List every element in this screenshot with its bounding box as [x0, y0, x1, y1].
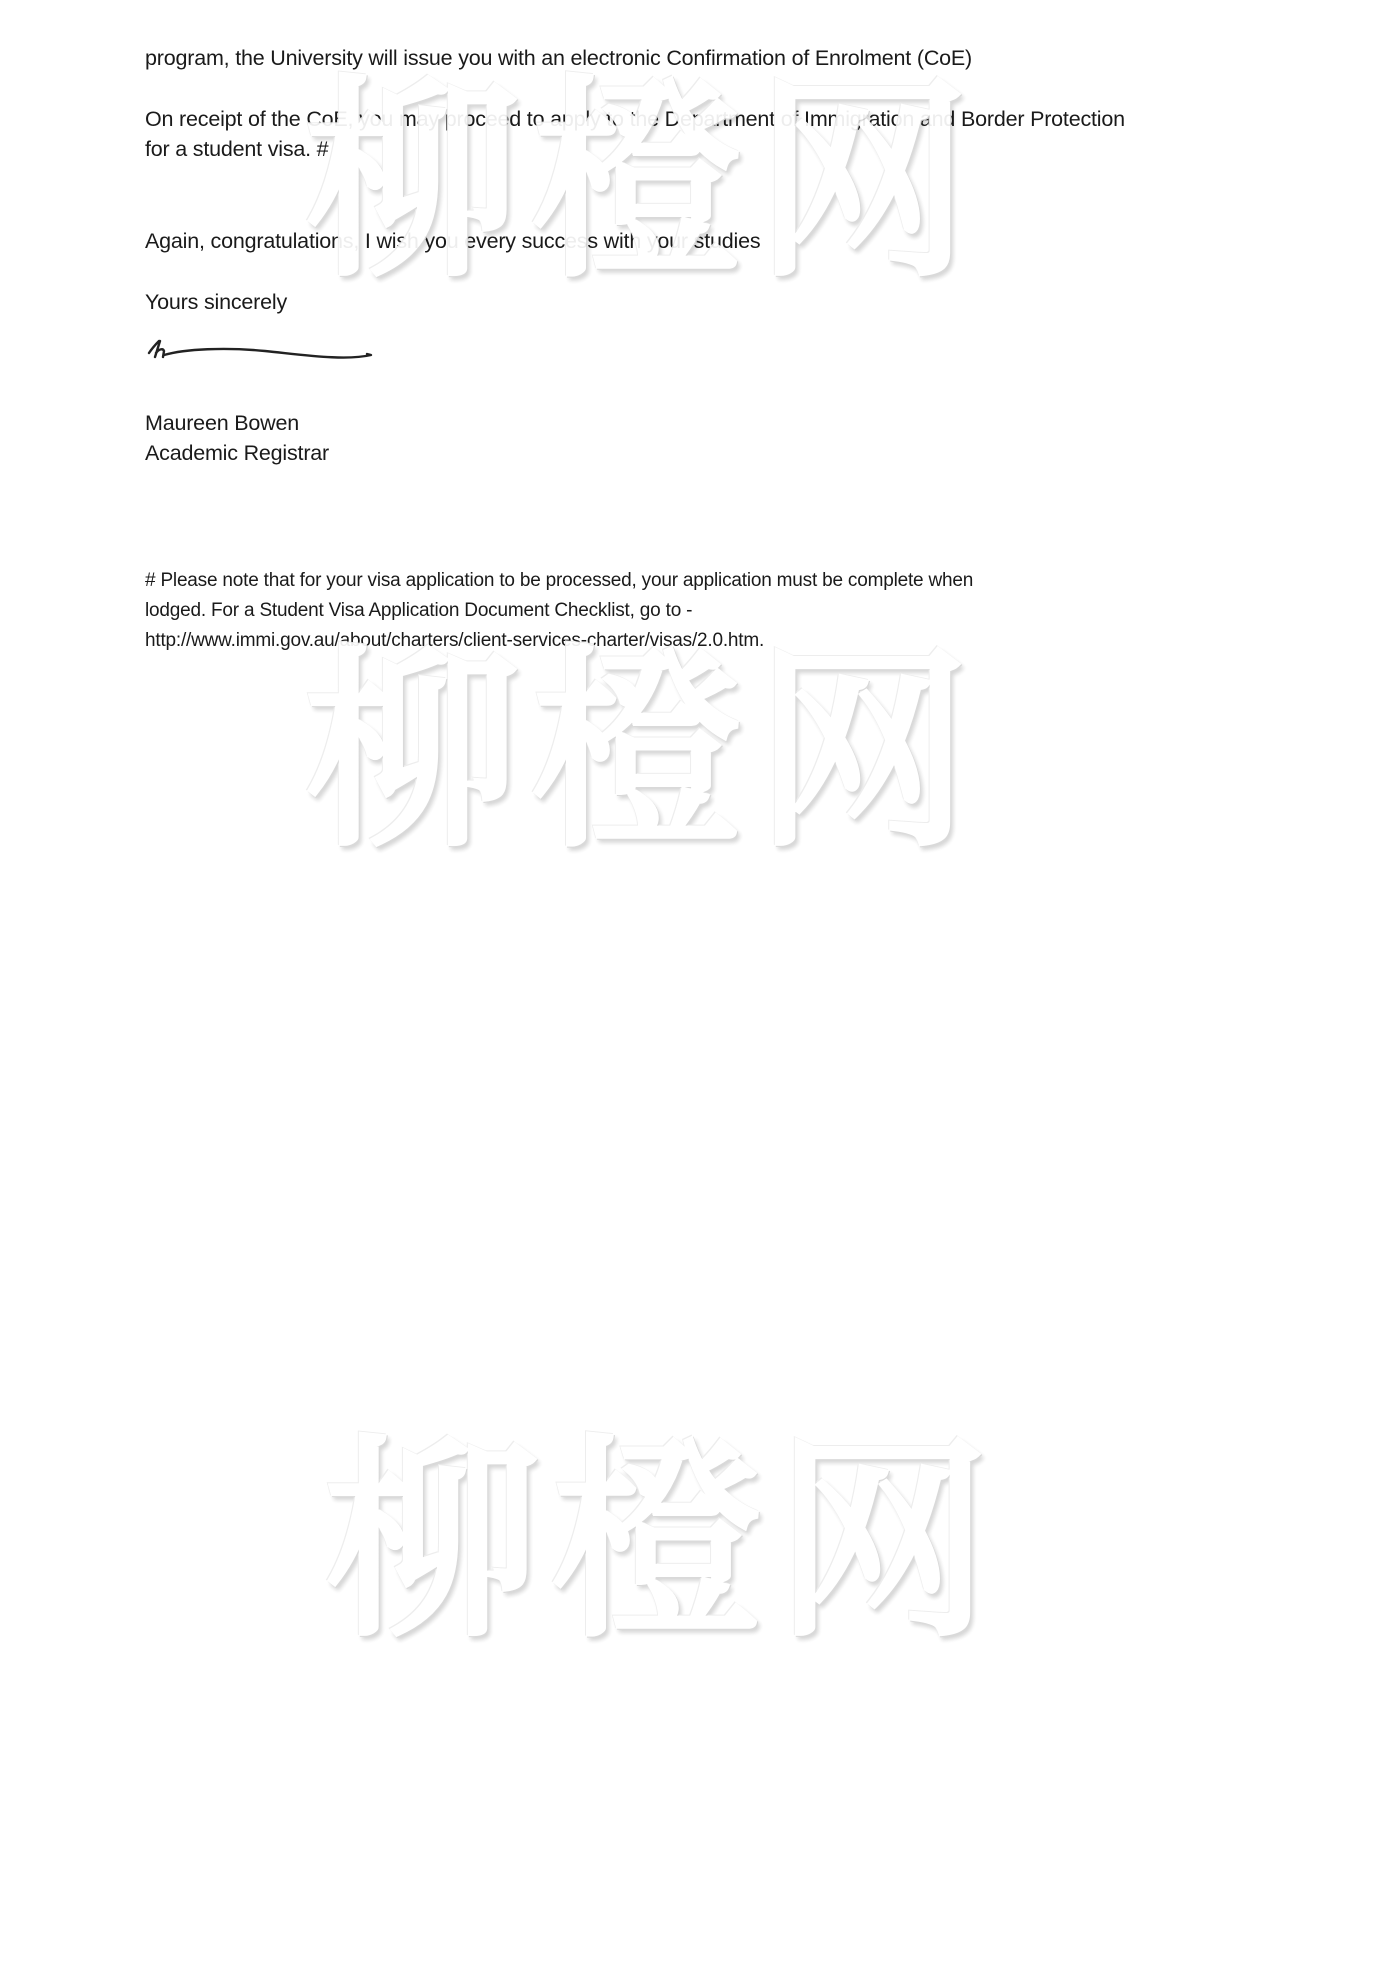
letter-page: program, the University will issue you w… [0, 0, 1400, 1978]
paragraph-congratulations: Again, congratulations, I wish you every… [145, 226, 760, 256]
paragraph-visa-line2: for a student visa. # [145, 134, 328, 164]
signatory-name: Maureen Bowen [145, 408, 299, 438]
footnote-link[interactable]: http://www.immi.gov.au/about/charters/cl… [145, 626, 764, 656]
footnote-line2: lodged. For a Student Visa Application D… [145, 596, 692, 626]
paragraph-coe: program, the University will issue you w… [145, 43, 972, 73]
footnote-line1: # Please note that for your visa applica… [145, 566, 973, 596]
paragraph-visa-line1: On receipt of the CoE, you may proceed t… [145, 104, 1125, 134]
watermark-bottom: 柳橙网 [325, 1370, 1000, 1678]
signatory-title: Academic Registrar [145, 438, 329, 468]
closing-salutation: Yours sincerely [145, 287, 287, 317]
signature-icon [145, 335, 385, 365]
